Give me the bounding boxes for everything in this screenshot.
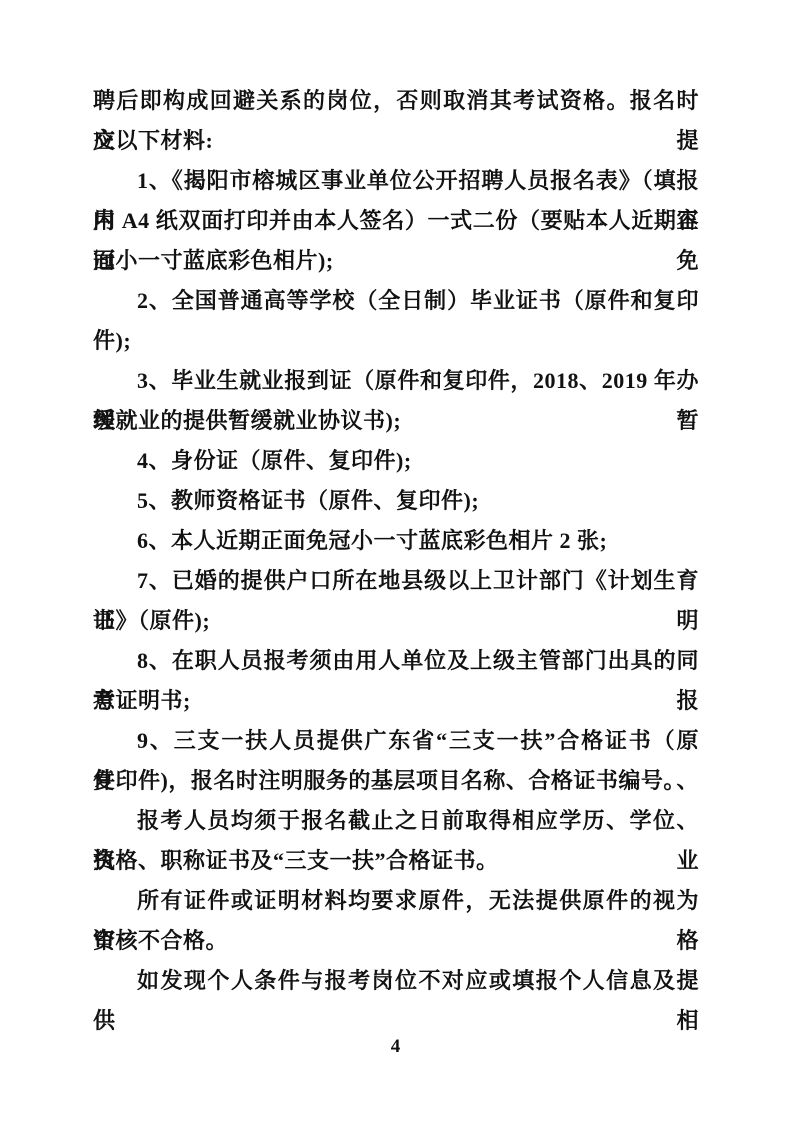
text-line: 8、在职人员报考须由用人单位及上级主管部门出具的同意报 xyxy=(93,641,699,681)
page-number: 4 xyxy=(0,1036,791,1058)
text-line: 4、身份证（原件、复印件); xyxy=(93,441,699,481)
text-line: 复印件)，报名时注明服务的基层项目名称、合格证书编号。 xyxy=(93,761,699,801)
text-line: 聘后即构成回避关系的岗位，否则取消其考试资格。报名时应提 xyxy=(93,81,699,121)
text-line: 所有证件或证明材料均要求原件，无法提供原件的视为资格 xyxy=(93,881,699,921)
text-line: 报考人员均须于报名截止之日前取得相应学历、学位、执业 xyxy=(93,801,699,841)
text-line: 件); xyxy=(93,321,699,361)
text-line: 9、三支一扶人员提供广东省“三支一扶”合格证书（原件、 xyxy=(93,721,699,761)
text-line: 6、本人近期正面免冠小一寸蓝底彩色相片 2 张; xyxy=(93,521,699,561)
text-line: 5、教师资格证书（原件、复印件); xyxy=(93,481,699,521)
text-line: 用 A4 纸双面打印并由本人签名）一式二份（要贴本人近期正面免 xyxy=(93,201,699,241)
text-line: 如发现个人条件与报考岗位不对应或填报个人信息及提供相 xyxy=(93,961,699,1001)
document-page: 聘后即构成回避关系的岗位，否则取消其考试资格。报名时应提交以下材料:1、《揭阳市… xyxy=(0,0,791,1125)
text-line: 3、毕业生就业报到证（原件和复印件，2018、2019 年办理暂 xyxy=(93,361,699,401)
document-body: 聘后即构成回避关系的岗位，否则取消其考试资格。报名时应提交以下材料:1、《揭阳市… xyxy=(93,81,699,1001)
text-line: 2、全国普通高等学校（全日制）毕业证书（原件和复印 xyxy=(93,281,699,321)
text-line: 1、《揭阳市榕城区事业单位公开招聘人员报名表》（填报内容 xyxy=(93,161,699,201)
text-line: 7、已婚的提供户口所在地县级以上卫计部门《计划生育证明 xyxy=(93,561,699,601)
